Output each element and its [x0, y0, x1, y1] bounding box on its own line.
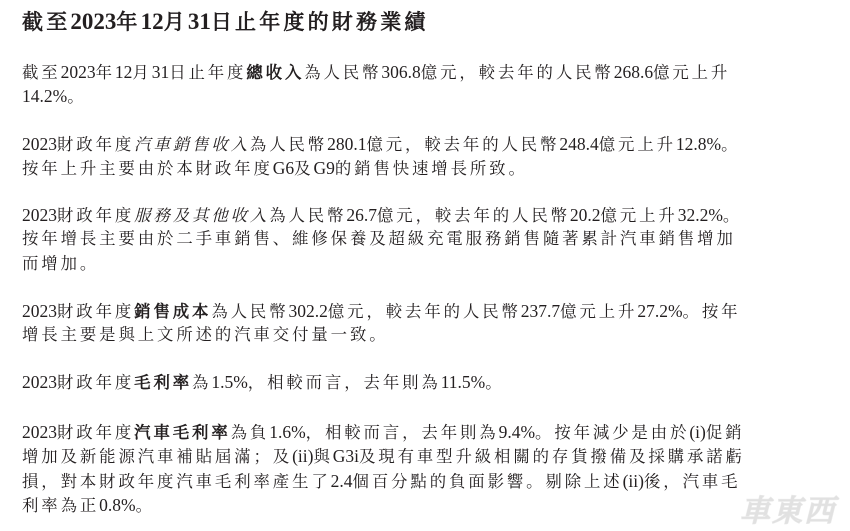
text-run: 月 — [132, 63, 151, 82]
emphasized-term: 銷售成本 — [134, 302, 211, 321]
number-run: 14.2% — [22, 86, 67, 106]
text-run: 及現有車型升級相關的存貨撥備及採購承諾虧 — [359, 447, 745, 466]
text-line: 按年上升主要由於本財政年度G6及G9的銷售快速增長所致。 — [22, 156, 832, 180]
number-run: 268.6 — [614, 62, 653, 82]
number-run: (ii) — [292, 446, 313, 466]
text-line: 損，對本財政年度汽車毛利率產生了2.4個百分點的負面影響。剔除上述(ii)後，汽… — [22, 469, 832, 493]
number-run: 2023 — [22, 301, 57, 321]
paragraph-total-revenue: 截至2023年12月31日止年度總收入為人民幣306.8億元，較去年的人民幣26… — [22, 60, 832, 109]
number-run: 2.4 — [331, 471, 353, 491]
text-line: 增長主要是與上文所述的汽車交付量一致。 — [22, 323, 832, 347]
number-run: 280.1 — [327, 134, 366, 154]
text-line: 增加及新能源汽車補貼屆滿；及(ii)與G3i及現有車型升級相關的存貨撥備及採購承… — [22, 444, 832, 468]
number-run: (ii) — [623, 471, 644, 491]
title-text: 月 — [164, 10, 188, 34]
paragraph-gross-margin: 2023財政年度毛利率為1.5%，相較而言，去年則為11.5%。 — [22, 370, 832, 394]
text-line: 2023財政年度汽車毛利率為負1.6%，相較而言，去年則為9.4%。按年減少是由… — [22, 420, 832, 444]
text-run: 利率為正 — [22, 496, 99, 515]
text-run: 。 — [721, 135, 740, 154]
number-run: 0.8% — [99, 495, 135, 515]
text-run: 個百分點的負面影響。剔除上述 — [353, 472, 623, 491]
number-run: 1.5% — [211, 372, 247, 392]
text-run: 。 — [67, 87, 86, 106]
emphasized-term: 汽車毛利率 — [134, 423, 230, 442]
text-run: 億元，較去年的人民幣 — [366, 135, 559, 154]
number-run: 302.2 — [289, 301, 328, 321]
text-run: 為 — [192, 373, 211, 392]
paragraph-cost-of-sales: 2023財政年度銷售成本為人民幣302.2億元，較去年的人民幣237.7億元上升… — [22, 299, 832, 348]
text-run: 年 — [96, 63, 115, 82]
text-run: 截至 — [22, 63, 61, 82]
paragraph-vehicle-margin: 2023財政年度汽車毛利率為負1.6%，相較而言，去年則為9.4%。按年減少是由… — [22, 420, 832, 517]
text-run: 按年增長主要由於二手車銷售、維修保養及超級充電服務銷售隨著累計汽車銷售增加 — [22, 229, 736, 248]
text-run: 與 — [313, 447, 332, 466]
number-run: 2023 — [22, 422, 57, 442]
text-line: 按年增長主要由於二手車銷售、維修保養及超級充電服務銷售隨著累計汽車銷售增加 — [22, 227, 832, 251]
text-line: 2023財政年度服務及其他收入為人民幣26.7億元，較去年的人民幣20.2億元上… — [22, 203, 832, 227]
number-run: (i) — [689, 422, 706, 442]
text-run: 而增加。 — [22, 254, 99, 273]
text-run: 財政年度 — [57, 373, 134, 392]
number-run: 20.2 — [570, 205, 601, 225]
text-run: 。按年減少是由於 — [535, 423, 689, 442]
text-run: 為人民幣 — [250, 135, 327, 154]
text-run: 的銷售快速增長所致。 — [335, 159, 528, 178]
title-month: 12 — [141, 9, 164, 34]
emphasized-term: 毛利率 — [134, 373, 192, 392]
number-run: 2023 — [61, 62, 96, 82]
number-run: 306.8 — [381, 62, 420, 82]
title-text: 年 — [116, 10, 140, 34]
text-line: 利率為正0.8%。 — [22, 493, 832, 517]
text-run: 為人民幣 — [211, 302, 288, 321]
section-title: 截至2023年12月31日止年度的財務業績 — [22, 8, 429, 36]
text-run: 億元上升 — [599, 135, 676, 154]
italic-term: 汽車銷售收入 — [134, 135, 250, 154]
text-run: 日止年度 — [169, 63, 246, 82]
text-line: 而增加。 — [22, 252, 832, 276]
text-run: 後，汽車毛 — [644, 472, 740, 491]
text-run: ，相較而言，去年則為 — [306, 423, 499, 442]
text-run: 增加及新能源汽車補貼屆滿；及 — [22, 447, 292, 466]
text-run: 億元，較去年的人民幣 — [328, 302, 521, 321]
text-run: 億元上升 — [560, 302, 637, 321]
text-run: 。 — [136, 496, 155, 515]
number-run: 27.2% — [637, 301, 682, 321]
text-line: 截至2023年12月31日止年度總收入為人民幣306.8億元，較去年的人民幣26… — [22, 60, 832, 84]
title-text: 日止年度的財務業績 — [211, 10, 429, 34]
title-year: 2023 — [70, 9, 116, 34]
number-run: G3i — [333, 446, 359, 466]
number-run: 2023 — [22, 372, 57, 392]
text-run: 為人民幣 — [269, 206, 346, 225]
text-run: 損，對本財政年度汽車毛利率產生了 — [22, 472, 331, 491]
emphasized-term: 總收入 — [246, 63, 304, 82]
text-run: 財政年度 — [57, 206, 134, 225]
number-run: 31 — [152, 62, 170, 82]
text-run: 財政年度 — [57, 135, 134, 154]
number-run: 2023 — [22, 134, 57, 154]
text-run: 。 — [485, 373, 504, 392]
number-run: 2023 — [22, 205, 57, 225]
text-line: 2023財政年度銷售成本為人民幣302.2億元，較去年的人民幣237.7億元上升… — [22, 299, 832, 323]
text-run: 及 — [294, 159, 313, 178]
number-run: 12.8% — [676, 134, 721, 154]
text-run: 財政年度 — [57, 302, 134, 321]
text-line: 2023財政年度毛利率為1.5%，相較而言，去年則為11.5%。 — [22, 370, 832, 394]
text-run: 為負 — [231, 423, 270, 442]
number-run: 248.4 — [559, 134, 598, 154]
text-run: 億元上升 — [653, 63, 730, 82]
paragraph-vehicle-sales-revenue: 2023財政年度汽車銷售收入為人民幣280.1億元，較去年的人民幣248.4億元… — [22, 132, 832, 181]
text-run: 財政年度 — [57, 423, 134, 442]
number-run: 11.5% — [441, 372, 486, 392]
number-run: 237.7 — [521, 301, 560, 321]
text-run: 億元上升 — [601, 206, 678, 225]
text-run: 增長主要是與上文所述的汽車交付量一致。 — [22, 325, 389, 344]
text-run: ，相較而言，去年則為 — [248, 373, 441, 392]
number-run: 9.4% — [499, 422, 535, 442]
number-run: G9 — [313, 158, 334, 178]
number-run: 26.7 — [346, 205, 377, 225]
paragraph-services-other-revenue: 2023財政年度服務及其他收入為人民幣26.7億元，較去年的人民幣20.2億元上… — [22, 203, 832, 276]
text-run: 。 — [723, 206, 742, 225]
title-text: 截至 — [22, 10, 70, 34]
number-run: 12 — [115, 62, 133, 82]
text-line: 14.2%。 — [22, 84, 832, 108]
title-day: 31 — [188, 9, 211, 34]
text-line: 2023財政年度汽車銷售收入為人民幣280.1億元，較去年的人民幣248.4億元… — [22, 132, 832, 156]
number-run: G6 — [273, 158, 294, 178]
text-run: 億元，較去年的人民幣 — [377, 206, 570, 225]
text-run: 億元，較去年的人民幣 — [421, 63, 614, 82]
text-run: 。按年 — [683, 302, 741, 321]
text-run: 促銷 — [706, 423, 745, 442]
italic-term: 服務及其他收入 — [134, 206, 269, 225]
number-run: 1.6% — [269, 422, 305, 442]
number-run: 32.2% — [678, 205, 723, 225]
text-run: 按年上升主要由於本財政年度 — [22, 159, 273, 178]
text-run: 為人民幣 — [304, 63, 381, 82]
